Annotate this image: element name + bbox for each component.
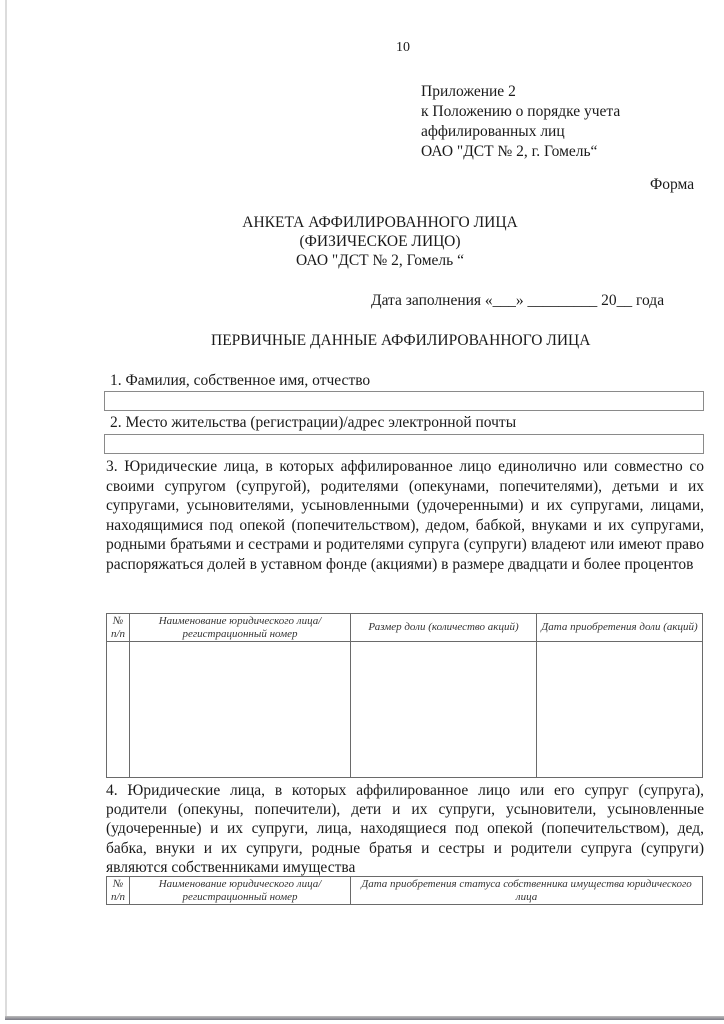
table-header-row: № п/п Наименование юридического лица/рег… [107, 877, 703, 905]
page-edge [5, 0, 7, 1018]
full-name-field[interactable] [104, 391, 704, 411]
question-4-label: 4. Юридические лица, в которых аффилиров… [106, 781, 704, 877]
property-ownership-table: № п/п Наименование юридического лица/рег… [106, 876, 703, 905]
page-number: 10 [396, 40, 410, 56]
appendix-line: к Положению о порядке учета [421, 102, 620, 122]
table-header-row: № п/п Наименование юридического лица/рег… [107, 614, 703, 642]
column-header-entity-name: Наименование юридического лица/регистрац… [130, 614, 351, 642]
address-email-field[interactable] [104, 434, 704, 454]
column-header-acquisition-date: Дата приобретения доли (акций) [537, 614, 703, 642]
cell-acquisition-date[interactable] [537, 642, 703, 778]
question-3-label: 3. Юридические лица, в которых аффилиров… [106, 457, 704, 574]
appendix-line: аффилированных лиц [421, 122, 620, 142]
title-subtitle: (ФИЗИЧЕСКОЕ ЛИЦО) [230, 232, 530, 251]
question-1-label: 1. Фамилия, собственное имя, отчество [110, 372, 370, 390]
appendix-reference: Приложение 2 к Положению о порядке учета… [421, 82, 620, 162]
page-edge-shadow [5, 1016, 724, 1020]
cell-number[interactable] [107, 642, 130, 778]
fill-date-field[interactable]: Дата заполнения «___» _________ 20__ год… [371, 292, 664, 310]
document-title: АНКЕТА АФФИЛИРОВАННОГО ЛИЦА (ФИЗИЧЕСКОЕ … [230, 213, 530, 270]
cell-share-size[interactable] [351, 642, 537, 778]
column-header-number: № п/п [107, 877, 130, 905]
column-header-ownership-date: Дата приобретения статуса собственника и… [351, 877, 703, 905]
appendix-line: ОАО "ДСТ № 2, г. Гомель“ [421, 142, 620, 162]
cell-entity-name[interactable] [130, 642, 351, 778]
shareholdings-table: № п/п Наименование юридического лица/рег… [106, 613, 703, 778]
question-2-label: 2. Место жительства (регистрации)/адрес … [110, 414, 516, 432]
section-heading: ПЕРВИЧНЫЕ ДАННЫЕ АФФИЛИРОВАННОГО ЛИЦА [211, 332, 590, 350]
appendix-line: Приложение 2 [421, 82, 620, 102]
column-header-share-size: Размер доли (количество акций) [351, 614, 537, 642]
form-label: Форма [650, 176, 694, 194]
title-line: АНКЕТА АФФИЛИРОВАННОГО ЛИЦА [230, 213, 530, 232]
column-header-number: № п/п [107, 614, 130, 642]
title-organization: ОАО "ДСТ № 2, Гомель “ [230, 251, 530, 270]
table-row [107, 642, 703, 778]
column-header-entity-name: Наименование юридического лица/регистрац… [130, 877, 351, 905]
